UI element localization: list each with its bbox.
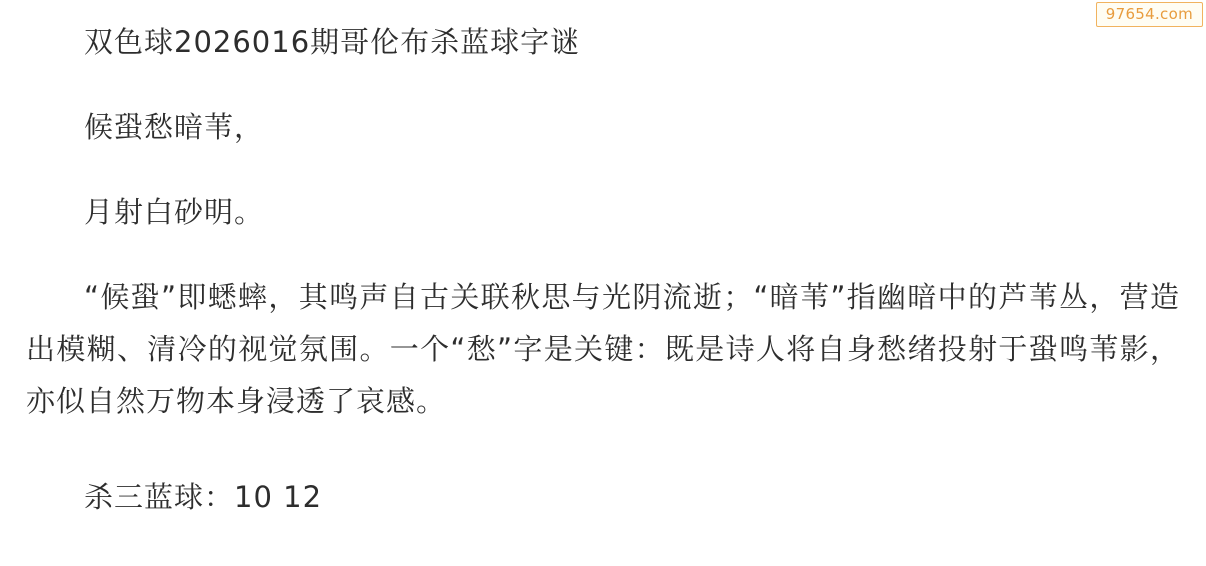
- kill-blue-label: 杀三蓝球：: [84, 480, 234, 514]
- poem-line-1: 候蛩愁暗苇，: [26, 101, 1180, 153]
- article-page: 97654.com 双色球2026016期哥伦布杀蓝球字谜 候蛩愁暗苇， 月射白…: [0, 0, 1206, 566]
- article-title: 双色球2026016期哥伦布杀蓝球字谜: [26, 16, 1180, 68]
- analysis-paragraph: “候蛩”即蟋蟀，其鸣声自古关联秋思与光阴流逝；“暗苇”指幽暗中的芦苇丛，营造出模…: [26, 271, 1180, 427]
- article-content: 双色球2026016期哥伦布杀蓝球字谜 候蛩愁暗苇， 月射白砂明。 “候蛩”即蟋…: [0, 0, 1206, 523]
- kill-blue-numbers: 10 12: [234, 480, 322, 514]
- kill-blue-line: 杀三蓝球：10 12: [26, 471, 1180, 523]
- poem-line-2: 月射白砂明。: [26, 186, 1180, 238]
- watermark-badge: 97654.com: [1096, 2, 1203, 27]
